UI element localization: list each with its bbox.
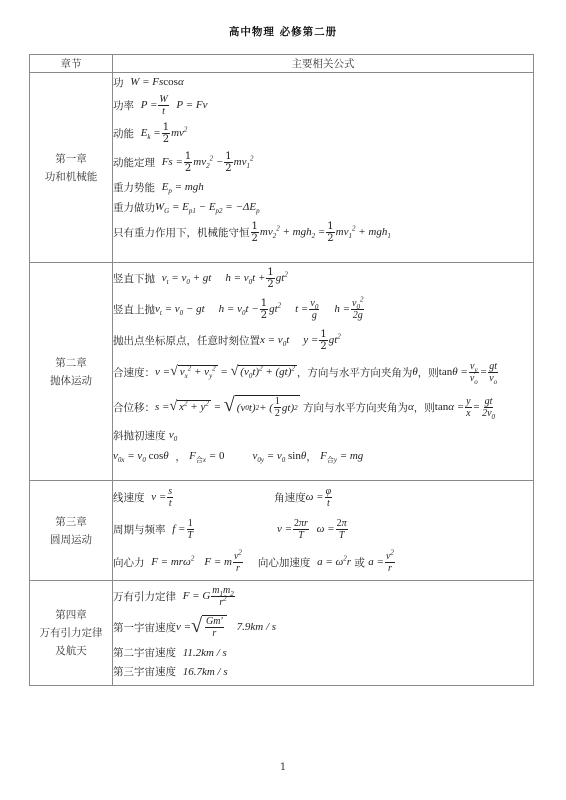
chapter-title: 功和机械能 <box>30 168 112 186</box>
formula-period-frequency: 周期与频率 f =1Tv =2πrT ω =2πT <box>113 513 533 545</box>
chapter-cell: 第一章 功和机械能 <box>30 73 113 263</box>
chapter-cell: 第三章 圆周运动 <box>30 481 113 581</box>
formula-kinetic-energy: 动能 Ek =12mv2 <box>113 119 533 147</box>
formula-gravitation: 万有引力定律 F = Gm1m2r2 <box>113 581 533 611</box>
formula-second-cosmic-velocity: 第二宇宙速度 11.2km / s <box>113 643 533 662</box>
formula-oblique-initial: 斜抛初速度 v0 <box>113 425 533 445</box>
formula-table: 章节 主要相关公式 第一章 功和机械能 功 W = Fscosα 功率 P =W… <box>29 54 534 686</box>
chapter-title: 万有引力定律 <box>30 624 112 642</box>
table-row-chapter-4: 第四章 万有引力定律 及航天 万有引力定律 F = Gm1m2r2 第一宇宙速度… <box>30 581 534 686</box>
table-row-chapter-3: 第三章 圆周运动 线速度 v =st角速度ω =φt 周期与频率 f =1Tv … <box>30 481 534 581</box>
formula-centripetal: 向心力 F = mrω2 F = mv2r向心加速度 a = ω2r 或 a =… <box>113 545 533 579</box>
formula-work: 功 W = Fscosα <box>113 73 533 91</box>
page-header: 高中物理 必修第二册 <box>0 24 566 39</box>
table-row-chapter-1: 第一章 功和机械能 功 W = Fscosα 功率 P =Wt P = Fv 动… <box>30 73 534 263</box>
formulas-cell: 功 W = Fscosα 功率 P =Wt P = Fv 动能 Ek =12mv… <box>113 73 534 263</box>
formula-third-cosmic-velocity: 第三宇宙速度 16.7km / s <box>113 662 533 681</box>
chapter-title: 圆周运动 <box>30 531 112 549</box>
formula-gravity-work: 重力做功WG = Ep1 − Ep2 = −ΔEp <box>113 197 533 217</box>
table-row-chapter-2: 第二章 抛体运动 竖直下抛 vt = v0 + gth = v0t +12gt2… <box>30 263 534 481</box>
chapter-number: 第一章 <box>30 150 112 168</box>
formula-vertical-down: 竖直下抛 vt = v0 + gth = v0t +12gt2 <box>113 263 533 293</box>
formula-first-cosmic-velocity: 第一宇宙速度v =√Gm'r 7.9km / s <box>113 611 533 643</box>
table-header-row: 章节 主要相关公式 <box>30 55 534 73</box>
column-header-formulas: 主要相关公式 <box>113 55 534 73</box>
chapter-title-cont: 及航天 <box>30 642 112 660</box>
formula-oblique-components: v0x = v0 cosθ ， F合x = 0v0y = v0 sinθ， F合… <box>113 445 533 467</box>
chapter-cell: 第四章 万有引力定律 及航天 <box>30 581 113 686</box>
formulas-cell: 万有引力定律 F = Gm1m2r2 第一宇宙速度v =√Gm'r 7.9km … <box>113 581 534 686</box>
formula-resultant-velocity: 合速度：v =√vx2 + vy2 = √(v0t)2 + (gt)2，方向与水… <box>113 355 533 389</box>
formula-resultant-displacement: 合位移：s =√x2 + y2 = √(v0t)2 + (12gt)2 方向与水… <box>113 389 533 425</box>
formula-potential-energy: 重力势能 Ep = mgh <box>113 177 533 197</box>
formulas-cell: 线速度 v =st角速度ω =φt 周期与频率 f =1Tv =2πrT ω =… <box>113 481 534 581</box>
chapter-number: 第三章 <box>30 513 112 531</box>
chapter-cell: 第二章 抛体运动 <box>30 263 113 481</box>
page-number: 1 <box>0 762 566 773</box>
formula-vertical-up: 竖直上抛vt = v0 − gth = v0t −12gt2t =v0gh =v… <box>113 293 533 325</box>
formula-energy-conservation: 只有重力作用下，机械能守恒12mv22 + mgh2 =12mv12 + mgh… <box>113 217 533 247</box>
formula-position: 抛出点坐标原点，任意时刻位置x = v0ty =12gt2 <box>113 325 533 355</box>
chapter-number: 第二章 <box>30 354 112 372</box>
formula-power: 功率 P =Wt P = Fv <box>113 91 533 119</box>
formula-linear-angular-velocity: 线速度 v =st角速度ω =φt <box>113 481 533 513</box>
chapter-number: 第四章 <box>30 606 112 624</box>
formula-work-energy-theorem: 动能定理 Fs =12mv22 −12mv12 <box>113 147 533 177</box>
column-header-chapter: 章节 <box>30 55 113 73</box>
chapter-title: 抛体运动 <box>30 372 112 390</box>
formulas-cell: 竖直下抛 vt = v0 + gth = v0t +12gt2 竖直上抛vt =… <box>113 263 534 481</box>
